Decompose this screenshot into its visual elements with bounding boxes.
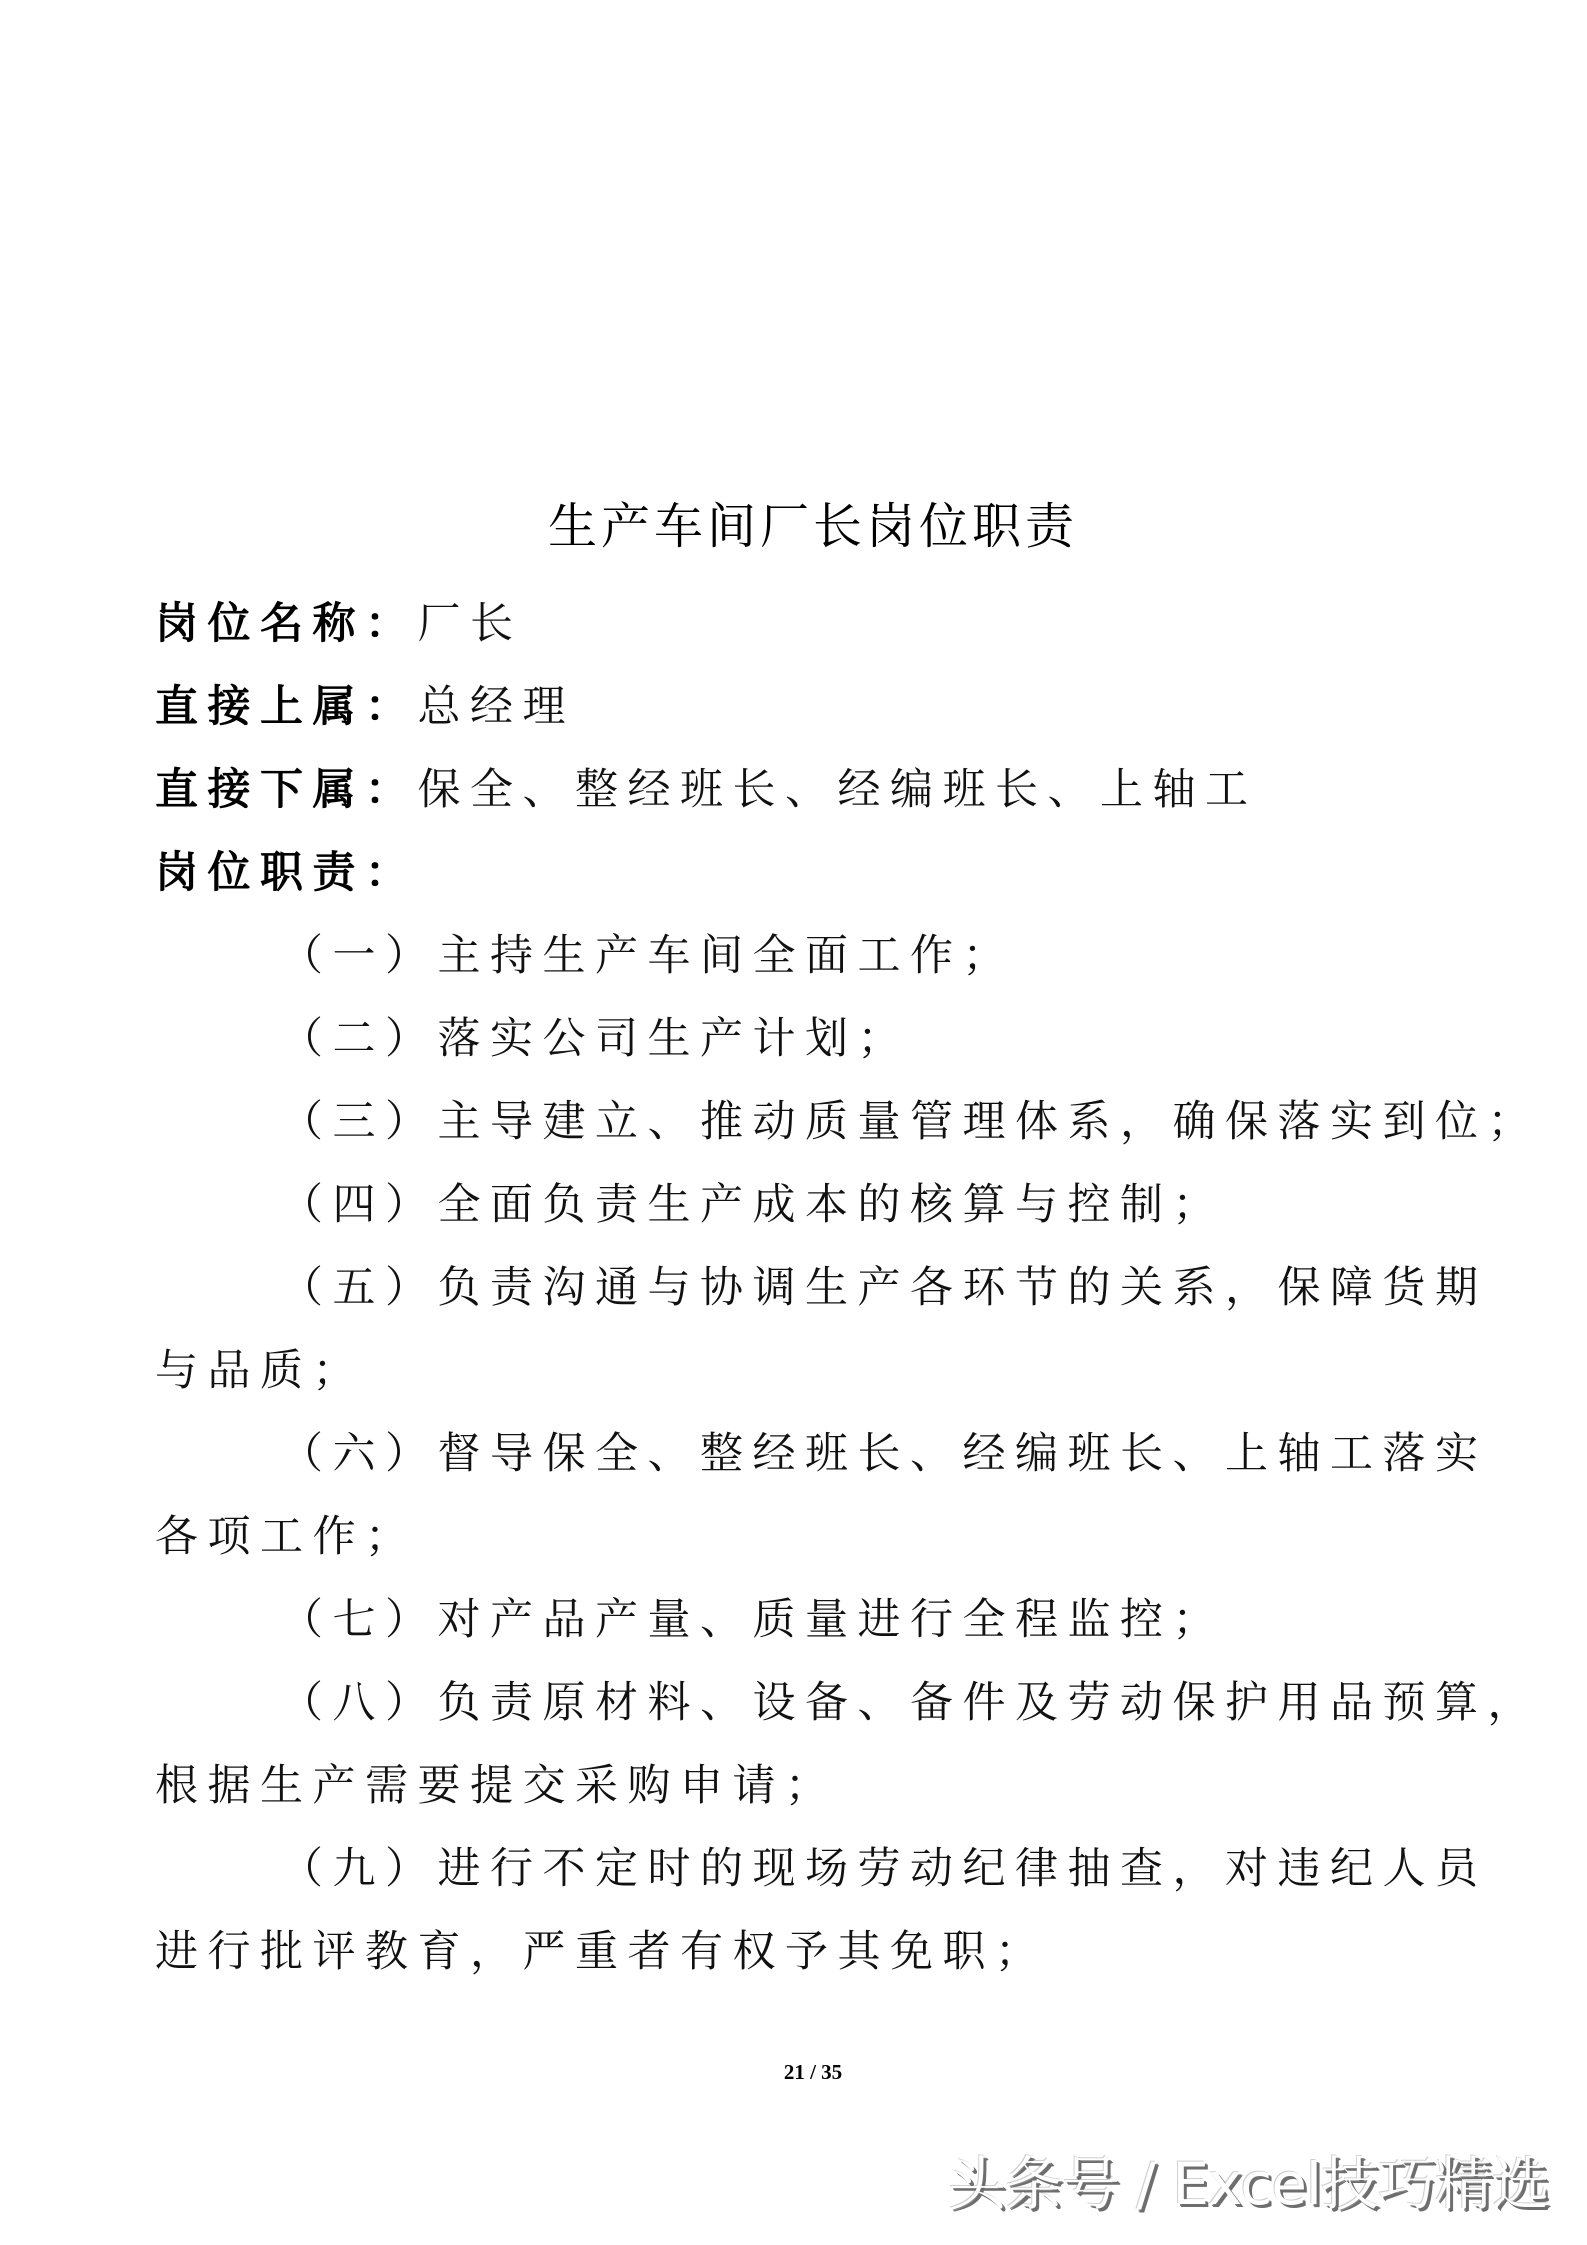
duty-item-6-continued: 各项工作； <box>155 1496 418 1579</box>
field-label: 岗位名称： <box>155 599 418 649</box>
document-page: 生产车间厂长岗位职责 岗位名称：厂长 直接上属：总经理 直接下属：保全、整经班长… <box>0 0 1587 2245</box>
field-value: 保全、整经班长、经编班长、上轴工 <box>418 765 1258 815</box>
page-number: 21 / 35 <box>753 2058 873 2086</box>
field-direct-superior: 直接上属：总经理 <box>155 666 575 749</box>
duties-heading-label: 岗位职责： <box>155 848 418 898</box>
duty-item-8: （八）负责原材料、设备、备件及劳动保护用品预算， <box>280 1662 1540 1745</box>
field-position-name: 岗位名称：厂长 <box>155 583 523 666</box>
duty-item-8-continued: 根据生产需要提交采购申请； <box>155 1745 838 1828</box>
duty-item-9: （九）进行不定时的现场劳动纪律抽查，对违纪人员 <box>280 1828 1488 1911</box>
field-direct-subordinates: 直接下属：保全、整经班长、经编班长、上轴工 <box>155 749 1258 832</box>
duty-item-2: （二）落实公司生产计划； <box>280 998 910 1081</box>
field-label: 直接下属： <box>155 765 418 815</box>
duty-item-3: （三）主导建立、推动质量管理体系，确保落实到位； <box>280 1081 1540 1164</box>
watermark: 头条号 / Excel技巧精选 <box>948 2146 1549 2222</box>
duties-heading: 岗位职责： <box>155 832 418 915</box>
page-title: 生产车间厂长岗位职责 <box>548 494 1088 560</box>
duty-item-5-continued: 与品质； <box>155 1330 365 1413</box>
field-label: 直接上属： <box>155 682 418 732</box>
duty-item-7: （七）对产品产量、质量进行全程监控； <box>280 1579 1225 1662</box>
duty-item-6: （六）督导保全、整经班长、经编班长、上轴工落实 <box>280 1413 1488 1496</box>
field-value: 总经理 <box>418 682 576 732</box>
duty-item-4: （四）全面负责生产成本的核算与控制； <box>280 1164 1225 1247</box>
duty-item-9-continued: 进行批评教育，严重者有权予其免职； <box>155 1911 1048 1994</box>
duty-item-1: （一）主持生产车间全面工作； <box>280 915 1015 998</box>
field-value: 厂长 <box>418 599 523 649</box>
duty-item-5: （五）负责沟通与协调生产各环节的关系，保障货期 <box>280 1247 1488 1330</box>
